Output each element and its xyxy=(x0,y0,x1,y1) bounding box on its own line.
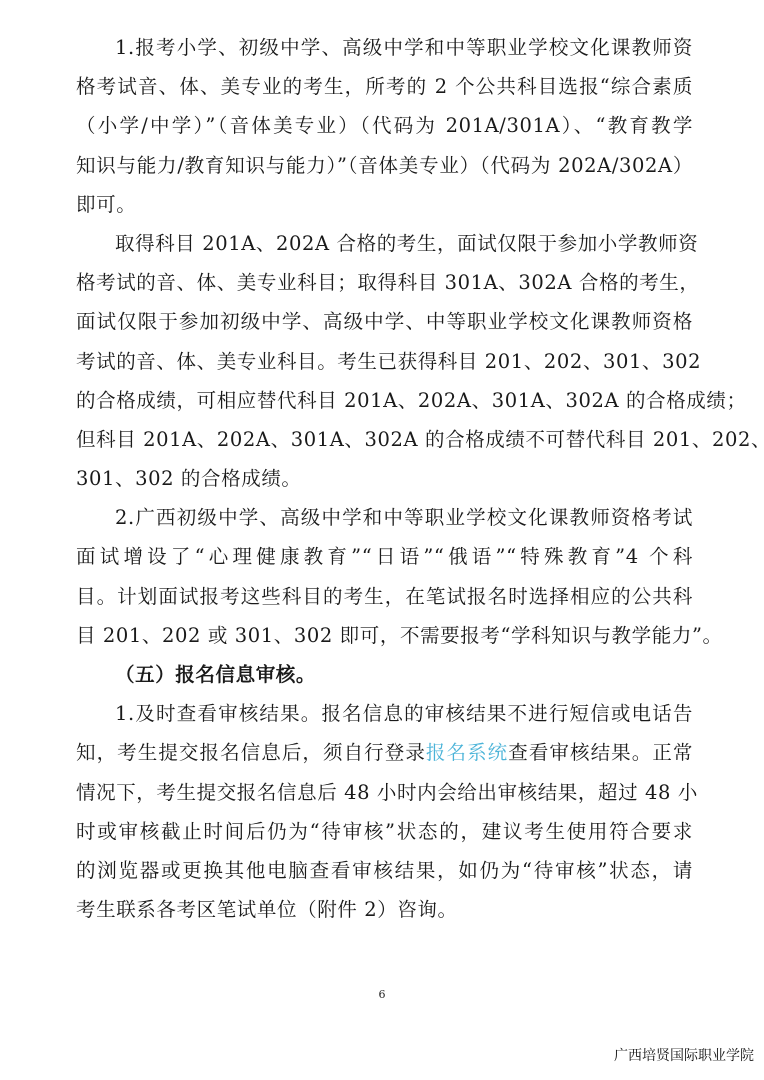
page-number: 6 xyxy=(0,988,764,1001)
paragraph-line: （小学/中学）”（音体美专业）（代码为 201A/301A）、“教育教学 xyxy=(76,106,693,145)
paragraph-line: 时或审核截止时间后仍为“待审核”状态的，建议考生使用符合要求 xyxy=(76,812,693,851)
paragraph-line: 即可。 xyxy=(76,185,693,224)
paragraph-line: 301、302 的合格成绩。 xyxy=(76,459,693,498)
paragraph-line: 取得科目 201A、202A 合格的考生，面试仅限于参加小学教师资 xyxy=(76,224,693,263)
paragraph-line: 面试仅限于参加初级中学、高级中学、中等职业学校文化课教师资格 xyxy=(76,302,693,341)
paragraph-line: 目。计划面试报考这些科目的考生，在笔试报名时选择相应的公共科 xyxy=(76,577,693,616)
paragraph-line: 的合格成绩，可相应替代科目 201A、202A、301A、302A 的合格成绩； xyxy=(76,381,693,420)
paragraph-line-with-link: 知，考生提交报名信息后，须自行登录报名系统查看审核结果。正常 xyxy=(76,733,693,772)
paragraph-line: 1.及时查看审核结果。报名信息的审核结果不进行短信或电话告 xyxy=(76,694,693,733)
paragraph-line: 的浏览器或更换其他电脑查看审核结果，如仍为“待审核”状态，请 xyxy=(76,851,693,890)
section-heading: （五）报名信息审核。 xyxy=(76,655,693,694)
paragraph-line: 格考试音、体、美专业的考生，所考的 2 个公共科目选报“综合素质 xyxy=(76,67,693,106)
document-page: 1.报考小学、初级中学、高级中学和中等职业学校文化课教师资 格考试音、体、美专业… xyxy=(76,28,693,929)
paragraph-line: 情况下，考生提交报名信息后 48 小时内会给出审核结果，超过 48 小 xyxy=(76,773,693,812)
paragraph-line: 考试的音、体、美专业科目。考生已获得科目 201、202、301、302 xyxy=(76,342,693,381)
paragraph-line: 考生联系各考区笔试单位（附件 2）咨询。 xyxy=(76,890,693,929)
registration-system-link[interactable]: 报名系统 xyxy=(426,741,508,764)
paragraph-line: 1.报考小学、初级中学、高级中学和中等职业学校文化课教师资 xyxy=(76,28,693,67)
paragraph-line: 目 201、202 或 301、302 即可，不需要报考“学科知识与教学能力”。 xyxy=(76,616,693,655)
watermark: 广西培贤国际职业学院 xyxy=(614,1045,754,1065)
paragraph-line: 格考试的音、体、美专业科目；取得科目 301A、302A 合格的考生， xyxy=(76,263,693,302)
paragraph-line: 面试增设了“心理健康教育”“日语”“俄语”“特殊教育”4 个科 xyxy=(76,537,693,576)
paragraph-line: 2.广西初级中学、高级中学和中等职业学校文化课教师资格考试 xyxy=(76,498,693,537)
paragraph-line: 知识与能力/教育知识与能力）”（音体美专业）（代码为 202A/302A） xyxy=(76,146,693,185)
paragraph-line: 但科目 201A、202A、301A、302A 的合格成绩不可替代科目 201、… xyxy=(76,420,693,459)
text-segment: 查看审核结果。正常 xyxy=(508,741,693,764)
text-segment: 知，考生提交报名信息后，须自行登录 xyxy=(76,741,426,764)
